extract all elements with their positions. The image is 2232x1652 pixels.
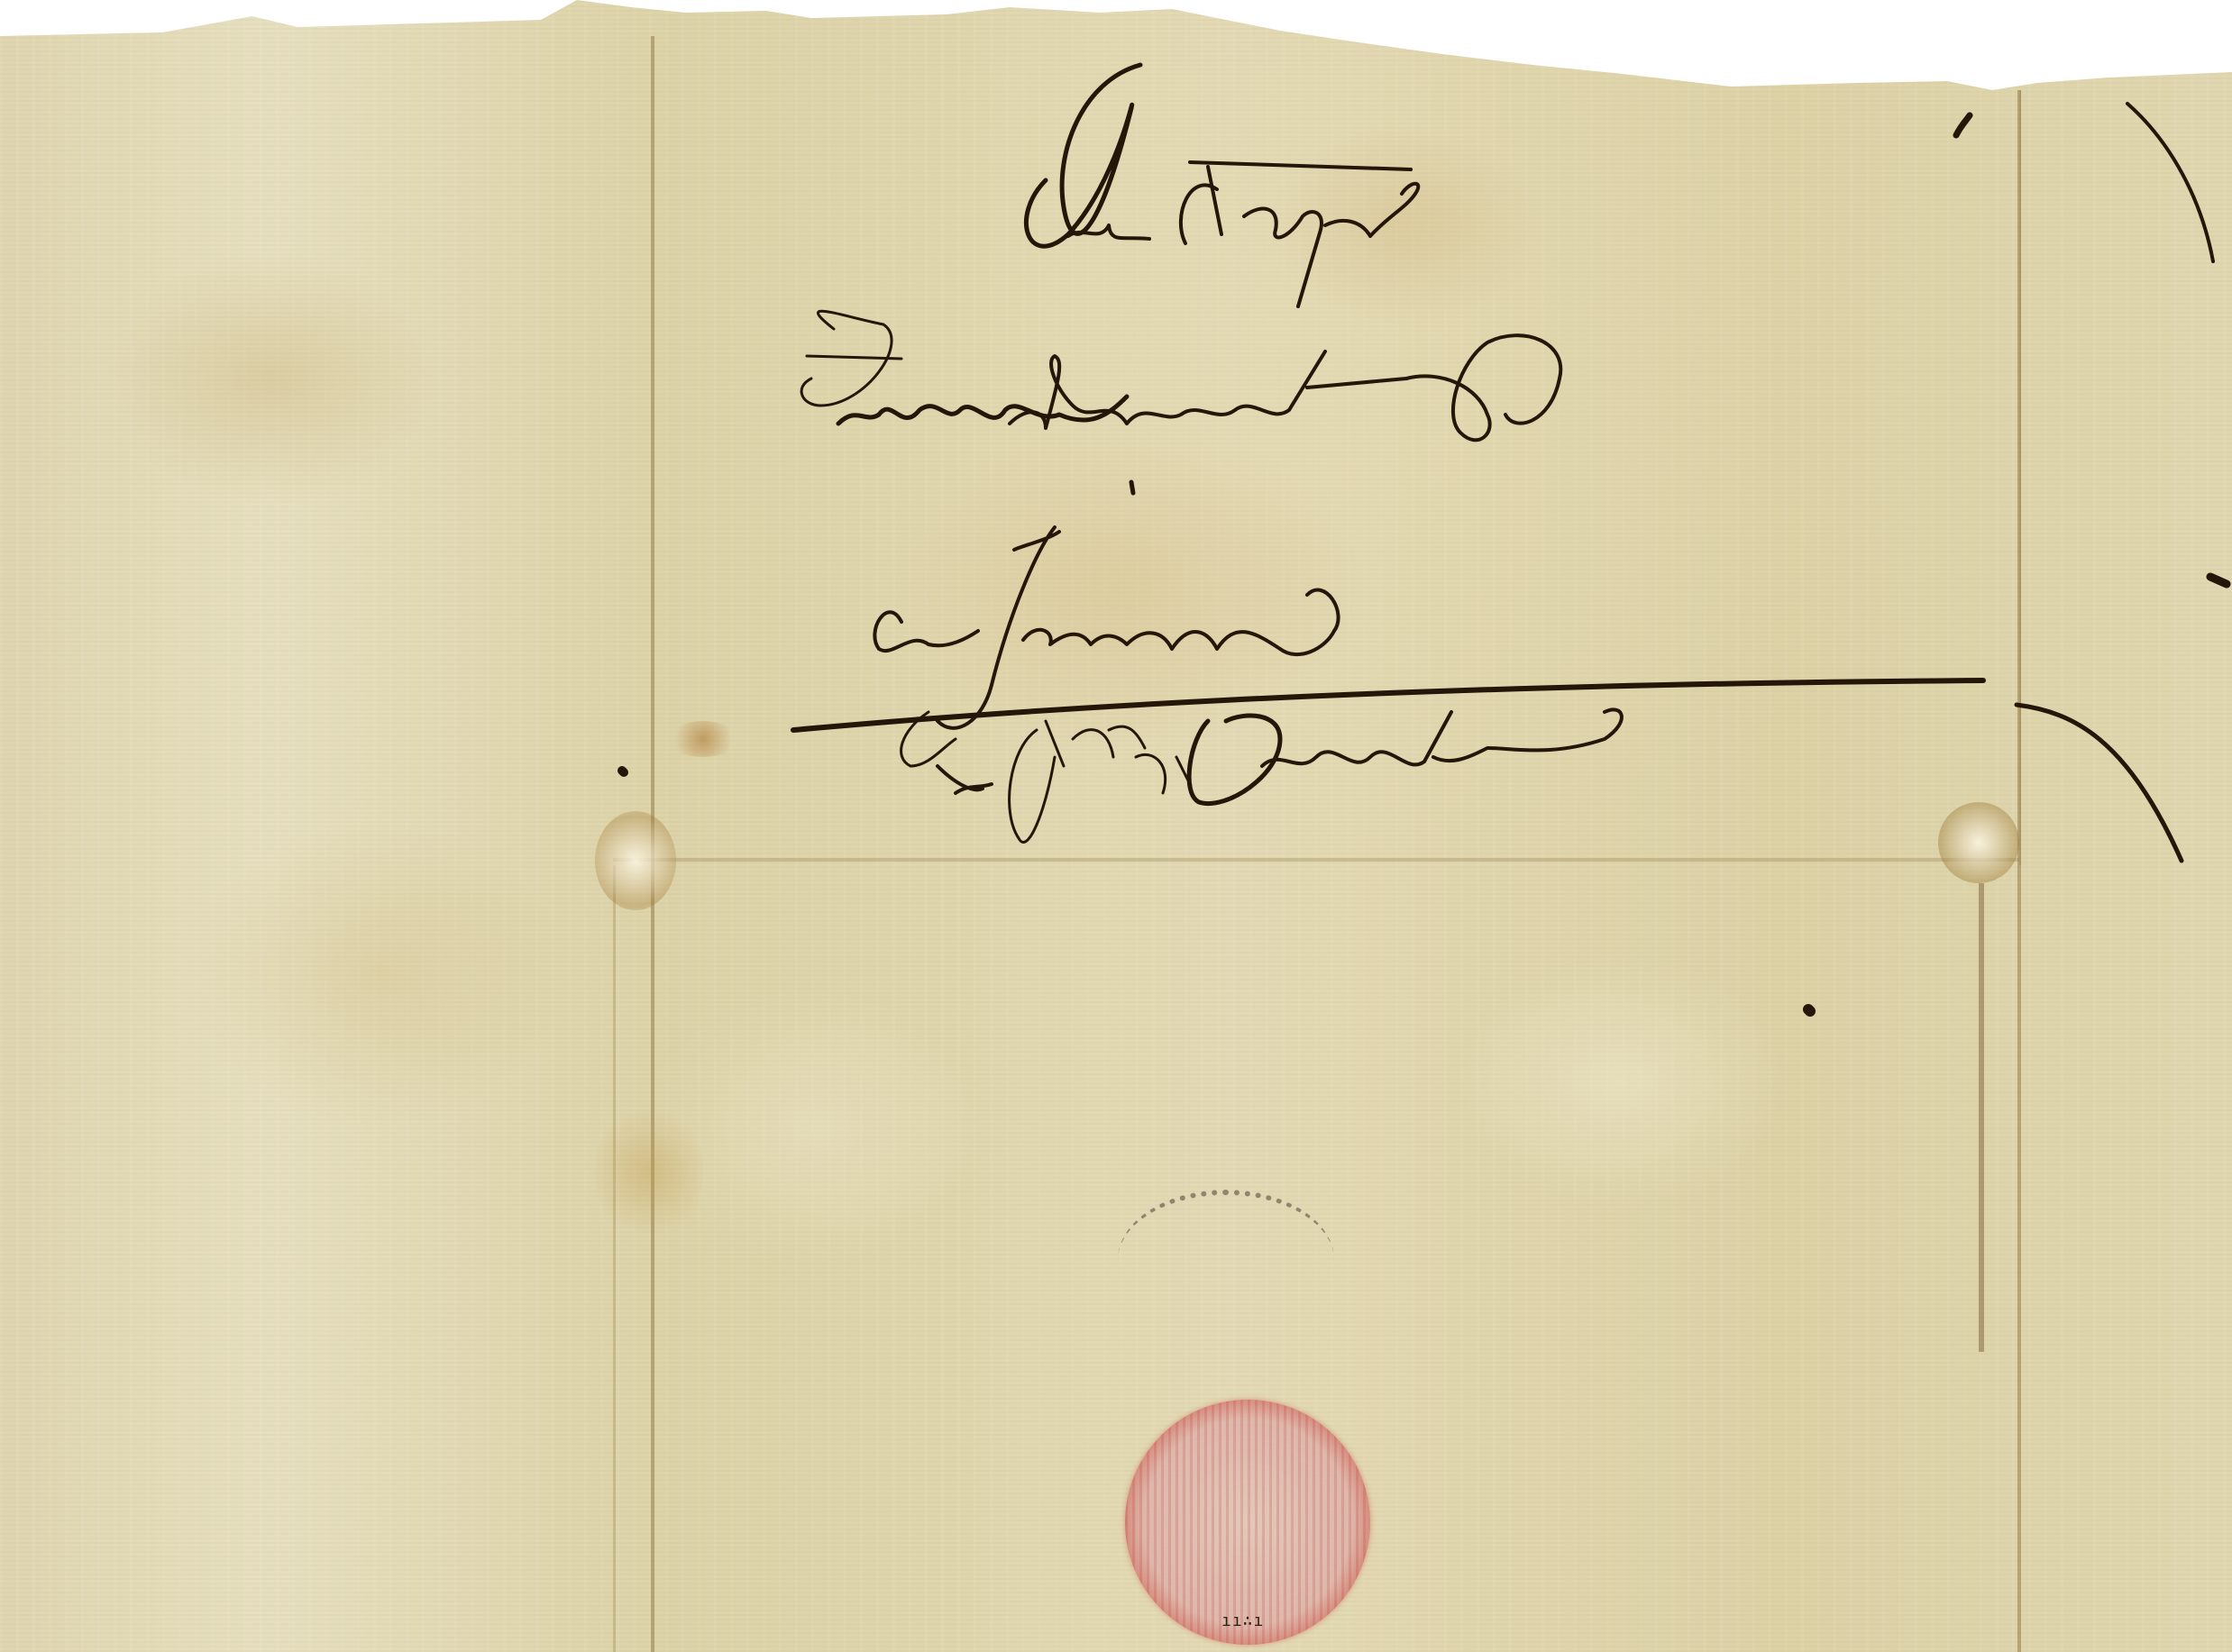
sender-signature: Le Gle Dre Dessalines — [928, 730, 1635, 804]
seal-mark: ıı∴ı — [1221, 1611, 1264, 1630]
brown-stain — [595, 1100, 703, 1244]
address-line-recipient: Desneïsse administrateur — [793, 351, 1729, 435]
address-line-salutation: Au Citoyen — [1019, 153, 1471, 248]
vertical-fold-inner-left — [613, 865, 616, 1652]
postal-stamp — [1118, 1190, 1334, 1330]
vertical-fold-inner-right — [1979, 883, 1984, 1352]
address-line-destination: a Jeremie — [874, 577, 1267, 671]
wax-seal — [1125, 1400, 1370, 1645]
